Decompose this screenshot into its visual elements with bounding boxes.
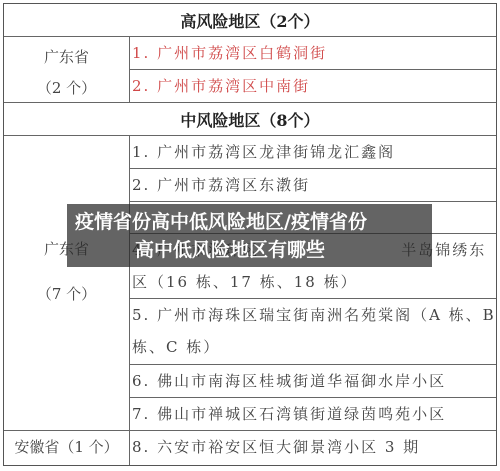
high-risk-header: 高风险地区（2个） [4,4,496,37]
medium-risk-title: 中风险地区（8个） [180,108,319,131]
medium-risk-item: 7. 佛山市禅城区石湾镇街道绿茵鸣苑小区 [130,398,496,431]
high-risk-title: 高风险地区（2个） [180,9,319,32]
medium-risk-item: 1. 广州市荔湾区龙津街锦龙汇鑫阁 [130,136,496,169]
high-risk-item: 2. 广州市荔湾区中南街 [130,70,496,103]
medium-risk-item: 2. 广州市荔湾区东漖街 [130,169,496,202]
medium-risk-item: 5. 广州市海珠区瑞宝街南洲名苑棠阁（A 栋、B 栋、C 栋） [130,299,496,365]
high-risk-item: 1. 广州市荔湾区白鹤洞街 [130,37,496,70]
province-name: 安徽省（1 个） [4,431,129,464]
overlay-title-line-2: 高中低风险地区有哪些 [67,236,432,264]
province-name: 广东省 [4,46,129,67]
medium-risk-item: 6. 佛山市南海区桂城街道华福御水岸小区 [130,365,496,398]
medium-risk-header: 中风险地区（8个） [4,103,496,136]
title-overlay-banner: 疫情省份高中低风险地区/疫情省份 高中低风险地区有哪些 [67,204,432,267]
province-count: （7 个） [4,283,129,304]
medium-risk-item: 8. 六安市裕安区恒大御景湾小区 3 期 [130,431,496,465]
medium-risk-province-anhui: 安徽省（1 个） [4,431,130,465]
overlay-title-line-1: 疫情省份高中低风险地区/疫情省份 [67,208,432,236]
medium-risk-province-guangdong: 广东省 （7 个） [4,136,130,431]
high-risk-province-guangdong: 广东省 （2 个） [4,37,130,103]
province-count: （2 个） [4,77,129,98]
